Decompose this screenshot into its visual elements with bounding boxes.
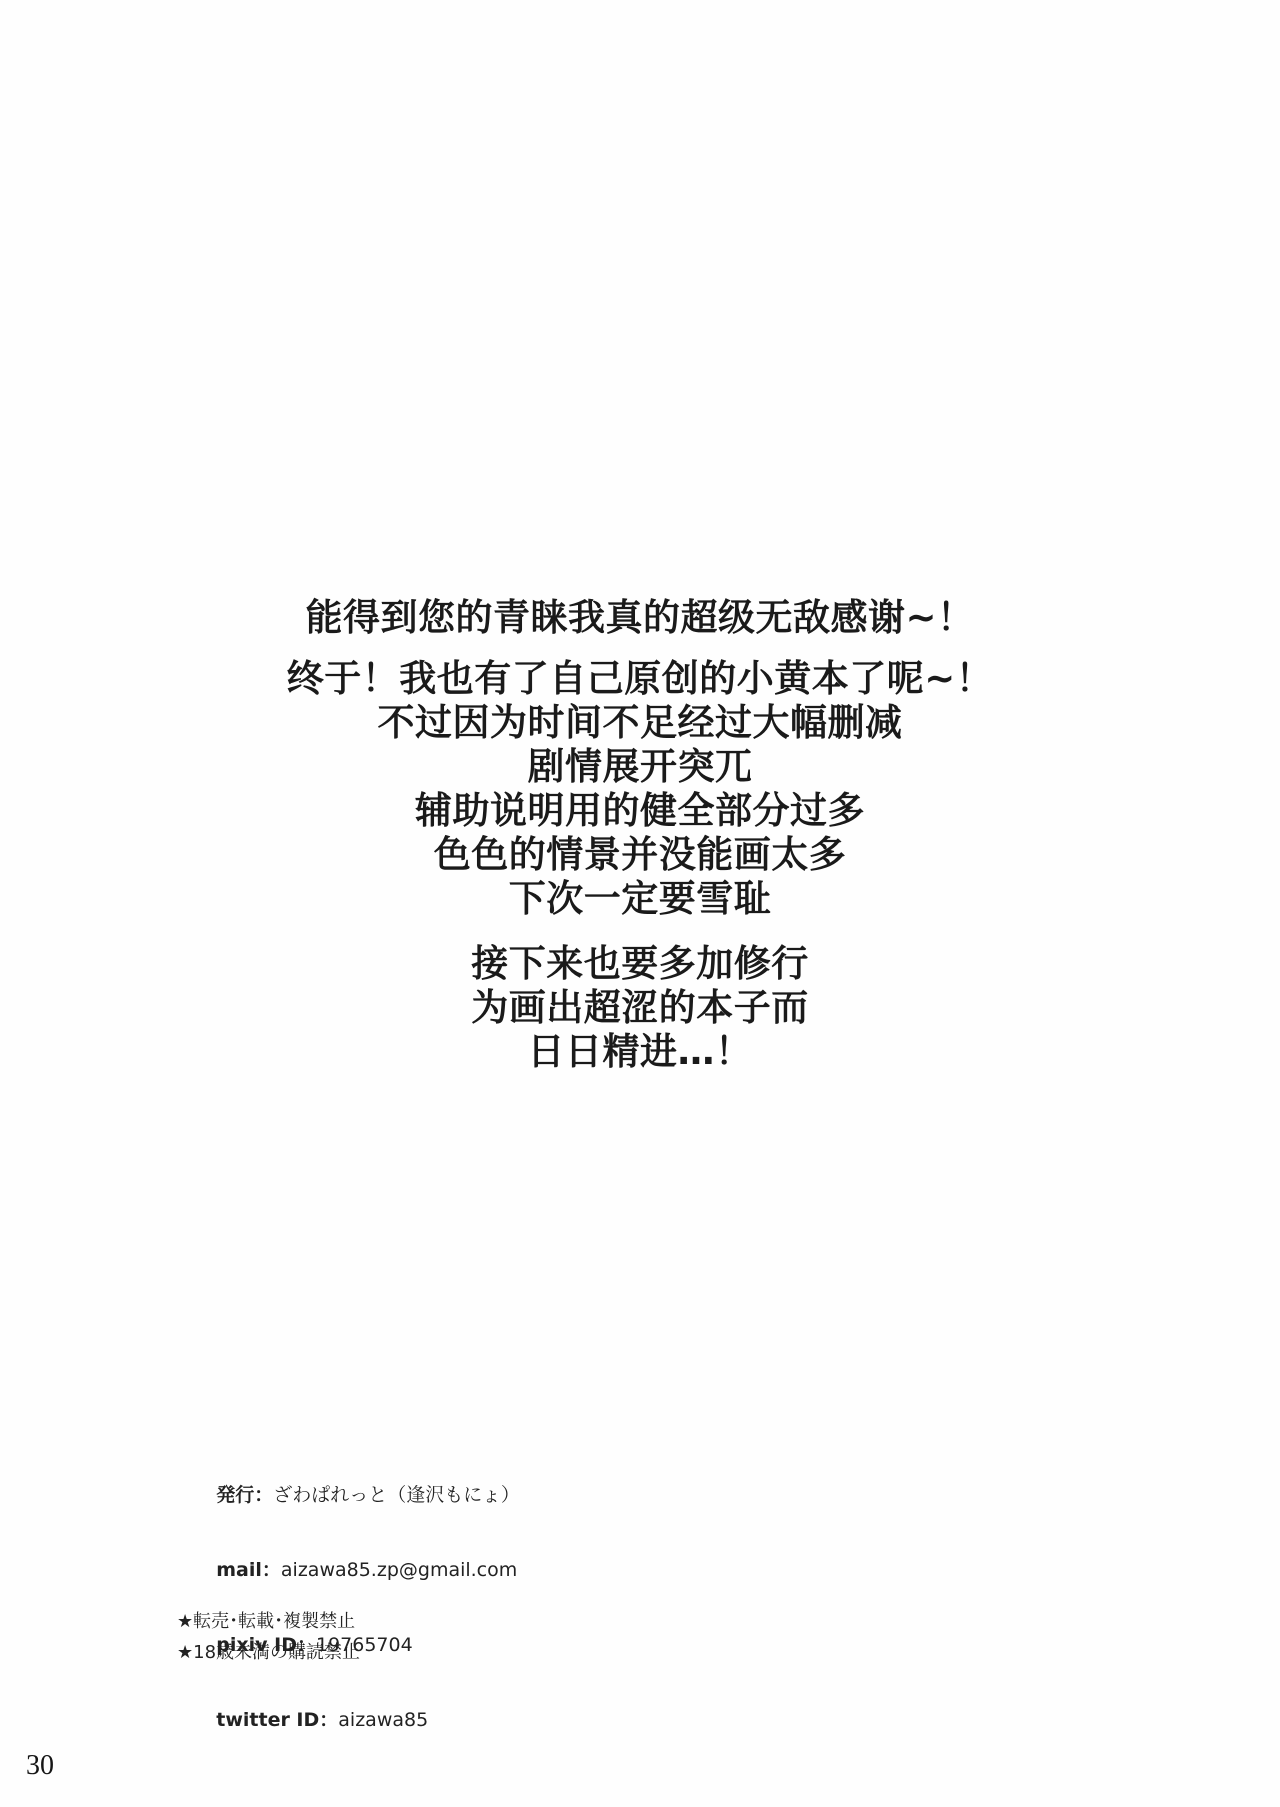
afterword-stanza-reflection: 终于！我也有了自己原创的小黄本了呢~！ 不过因为时间不足经过大幅删减 剧情展开突… xyxy=(0,657,1280,921)
colophon-publisher-value: ざわぱれっと（逢沢もにょ） xyxy=(273,1484,520,1506)
colophon-publisher-label: 発行： xyxy=(216,1484,273,1506)
afterword-line: 终于！我也有了自己原创的小黄本了呢~！ xyxy=(0,657,1280,701)
colophon-mail-label: mail： xyxy=(216,1559,281,1581)
colophon-twitter-label: twitter ID： xyxy=(216,1709,338,1731)
afterword-line: 辅助说明用的健全部分过多 xyxy=(0,789,1280,833)
afterword-line: 为画出超涩的本子而 xyxy=(0,986,1280,1030)
prohibition-notices: ★転売･転載･複製禁止 ★18歳未満の購読禁止 xyxy=(177,1606,360,1668)
colophon-twitter-row: twitter ID：aizawa85 xyxy=(180,1683,520,1758)
afterword-line: 接下来也要多加修行 xyxy=(0,942,1280,986)
afterword-line: 色色的情景并没能画太多 xyxy=(0,833,1280,877)
afterword-line: 下次一定要雪耻 xyxy=(0,877,1280,921)
scanned-page: 能得到您的青睐我真的超级无敌感谢~！ 终于！我也有了自己原创的小黄本了呢~！ 不… xyxy=(0,0,1280,1807)
notice-age-restriction: ★18歳未満の購読禁止 xyxy=(177,1637,360,1668)
afterword-stanza-thanks: 能得到您的青睐我真的超级无敌感谢~！ xyxy=(0,596,1280,640)
afterword-line: 剧情展开突兀 xyxy=(0,745,1280,789)
colophon-mail-row: mail：aizawa85.zp@gmail.com xyxy=(180,1533,520,1608)
notice-no-resale: ★転売･転載･複製禁止 xyxy=(177,1606,360,1637)
afterword-line: 能得到您的青睐我真的超级无敌感谢~！ xyxy=(0,596,1280,640)
afterword-stanza-resolve: 接下来也要多加修行 为画出超涩的本子而 日日精进…！ xyxy=(0,942,1280,1074)
colophon-publisher-row: 発行：ざわぱれっと（逢沢もにょ） xyxy=(180,1458,520,1533)
colophon-twitter-value: aizawa85 xyxy=(338,1709,428,1731)
page-number: 30 xyxy=(26,1750,54,1782)
afterword-line: 日日精进…！ xyxy=(0,1030,1280,1074)
afterword-text-block: 能得到您的青睐我真的超级无敌感谢~！ 终于！我也有了自己原创的小黄本了呢~！ 不… xyxy=(0,596,1280,1074)
afterword-line: 不过因为时间不足经过大幅删减 xyxy=(0,701,1280,745)
colophon-mail-value: aizawa85.zp@gmail.com xyxy=(281,1559,517,1581)
